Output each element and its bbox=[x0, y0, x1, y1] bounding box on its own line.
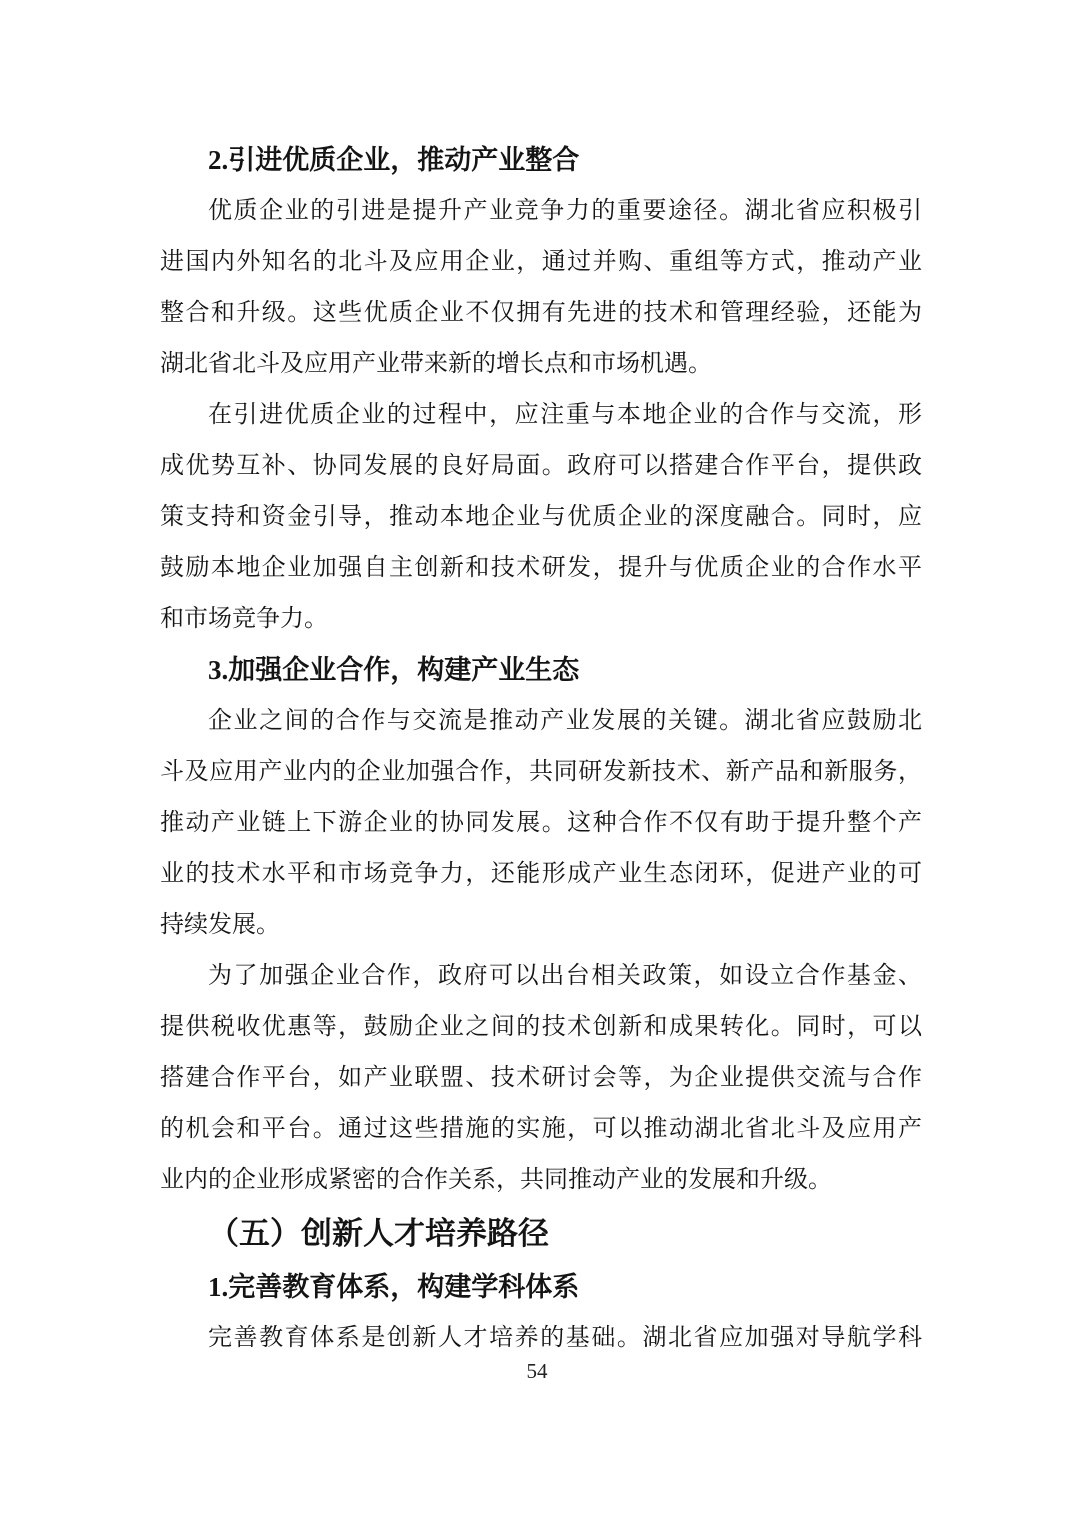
text-line: 业的技术水平和市场竞争力，还能形成产业生态闭环，促进产业的可 bbox=[160, 849, 922, 900]
sub-heading: 2.引进优质企业，推动产业整合 bbox=[160, 135, 922, 186]
text-line: 业内的企业形成紧密的合作关系，共同推动产业的发展和升级。 bbox=[160, 1155, 922, 1206]
document-page: 2.引进优质企业，推动产业整合优质企业的引进是提升产业竞争力的重要途径。湖北省应… bbox=[0, 0, 1074, 1520]
section-heading: （五）创新人才培养路径 bbox=[160, 1206, 922, 1262]
text-line: 成优势互补、协同发展的良好局面。政府可以搭建合作平台，提供政 bbox=[160, 441, 922, 492]
text-line: 优质企业的引进是提升产业竞争力的重要途径。湖北省应积极引 bbox=[160, 186, 922, 237]
text-line: 推动产业链上下游企业的协同发展。这种合作不仅有助于提升整个产 bbox=[160, 798, 922, 849]
paragraph: 优质企业的引进是提升产业竞争力的重要途径。湖北省应积极引进国内外知名的北斗及应用… bbox=[160, 186, 922, 390]
sub-heading: 3.加强企业合作，构建产业生态 bbox=[160, 645, 922, 696]
paragraph: 在引进优质企业的过程中，应注重与本地企业的合作与交流，形成优势互补、协同发展的良… bbox=[160, 390, 922, 645]
text-line: 斗及应用产业内的企业加强合作，共同研发新技术、新产品和新服务， bbox=[160, 747, 922, 798]
document-body: 2.引进优质企业，推动产业整合优质企业的引进是提升产业竞争力的重要途径。湖北省应… bbox=[160, 135, 922, 1364]
text-line: 进国内外知名的北斗及应用企业，通过并购、重组等方式，推动产业 bbox=[160, 237, 922, 288]
paragraph: 企业之间的合作与交流是推动产业发展的关键。湖北省应鼓励北斗及应用产业内的企业加强… bbox=[160, 696, 922, 951]
paragraph: 为了加强企业合作，政府可以出台相关政策，如设立合作基金、提供税收优惠等，鼓励企业… bbox=[160, 951, 922, 1206]
page-footer: 54 bbox=[0, 1356, 1074, 1386]
text-line: 和市场竞争力。 bbox=[160, 594, 922, 645]
text-line: 整合和升级。这些优质企业不仅拥有先进的技术和管理经验，还能为 bbox=[160, 288, 922, 339]
text-line: 在引进优质企业的过程中，应注重与本地企业的合作与交流，形 bbox=[160, 390, 922, 441]
page-number: 54 bbox=[527, 1359, 548, 1383]
text-line: 持续发展。 bbox=[160, 900, 922, 951]
text-line: 策支持和资金引导，推动本地企业与优质企业的深度融合。同时，应 bbox=[160, 492, 922, 543]
text-line: 企业之间的合作与交流是推动产业发展的关键。湖北省应鼓励北 bbox=[160, 696, 922, 747]
text-line: 为了加强企业合作，政府可以出台相关政策，如设立合作基金、 bbox=[160, 951, 922, 1002]
text-line: 鼓励本地企业加强自主创新和技术研发，提升与优质企业的合作水平 bbox=[160, 543, 922, 594]
text-line: 的机会和平台。通过这些措施的实施，可以推动湖北省北斗及应用产 bbox=[160, 1104, 922, 1155]
text-line: 提供税收优惠等，鼓励企业之间的技术创新和成果转化。同时，可以 bbox=[160, 1002, 922, 1053]
sub-heading: 1.完善教育体系，构建学科体系 bbox=[160, 1262, 922, 1313]
text-line: 湖北省北斗及应用产业带来新的增长点和市场机遇。 bbox=[160, 339, 922, 390]
text-line: 搭建合作平台，如产业联盟、技术研讨会等，为企业提供交流与合作 bbox=[160, 1053, 922, 1104]
